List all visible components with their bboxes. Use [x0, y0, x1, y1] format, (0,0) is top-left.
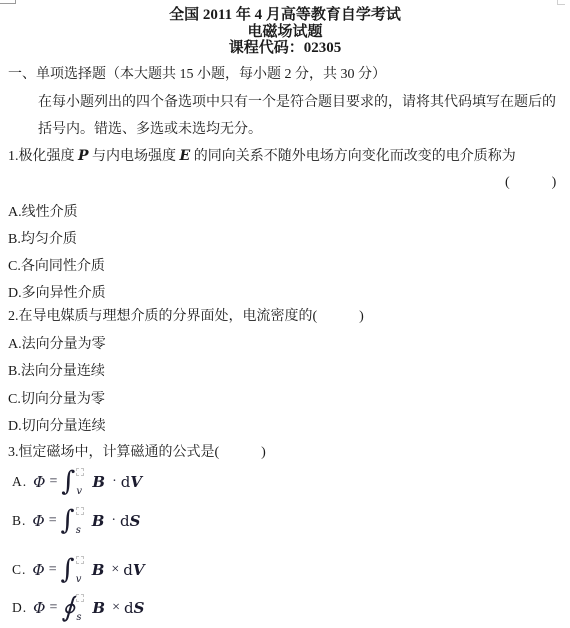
- question-2-stem-text: 2.在导电媒质与理想介质的分界面处，电流密度的: [8, 309, 313, 324]
- integral-expression: ∮ s: [61, 593, 84, 623]
- section-instructions-line1: 在每小题列出的四个备选项中只有一个是符合题目要求的，请将其代码填写在题后的: [38, 94, 556, 112]
- option-label: B.: [12, 513, 26, 529]
- question-3-stem: 3.恒定磁场中，计算磁通的公式是( ): [8, 444, 266, 462]
- missing-image-placeholder-icon: [76, 507, 84, 515]
- vector-symbol-B: B: [92, 512, 105, 530]
- question-1-answer-blank: ( ): [505, 174, 556, 192]
- question-2-option-d: D.切向分量连续: [8, 418, 106, 436]
- vector-symbol-P: P: [78, 148, 89, 164]
- equals-sign: =: [49, 513, 57, 529]
- question-1-stem: 1.极化强度 P 与内电场强度 E 的同向关系不随外电场方向变化而改变的电介质称…: [8, 147, 516, 166]
- differential-variable: S: [130, 512, 141, 530]
- differential-variable: S: [134, 599, 145, 617]
- integral-subscript: v: [76, 575, 82, 585]
- option-label: A.: [12, 474, 27, 490]
- integral-limits: s: [76, 507, 84, 536]
- differential-d: d: [121, 473, 131, 491]
- flux-symbol: Φ: [32, 561, 44, 579]
- question-1-option-a: A.线性介质: [8, 204, 78, 222]
- equals-sign: =: [49, 474, 57, 490]
- equals-sign: =: [49, 600, 57, 616]
- differential-variable: V: [130, 473, 142, 491]
- integral-expression: ∫ s: [61, 506, 84, 536]
- vector-symbol-E: E: [180, 148, 191, 164]
- question-2-stem: 2.在导电媒质与理想介质的分界面处，电流密度的( ): [8, 308, 364, 326]
- course-code: 课程代码：02305: [0, 39, 570, 57]
- question-1-stem-text: 的同向关系不随外电场方向变化而改变的电介质称为: [190, 149, 516, 164]
- integral-limits: v: [76, 556, 84, 585]
- cross-operator: ×: [111, 562, 119, 578]
- question-1-stem-text: 与内电场强度: [89, 149, 180, 164]
- question-3-stem-text: 3.恒定磁场中，计算磁通的公式是: [8, 445, 215, 460]
- differential-d: d: [123, 561, 133, 579]
- integral-subscript: v: [76, 487, 82, 497]
- question-3-option-d-formula: D. Φ = ∮ s B × d S: [12, 592, 144, 624]
- option-label: C.: [12, 562, 26, 578]
- question-2-option-b: B.法向分量连续: [8, 363, 105, 381]
- vector-symbol-B: B: [92, 473, 105, 491]
- flux-symbol: Φ: [32, 512, 44, 530]
- missing-image-placeholder-icon: [76, 594, 84, 602]
- integral-subscript: s: [76, 526, 81, 536]
- clipped-frame-corner-right: [557, 0, 565, 5]
- dot-operator: ·: [112, 474, 117, 490]
- equals-sign: =: [49, 562, 57, 578]
- question-2-option-a: A.法向分量为零: [8, 336, 106, 354]
- question-3-answer-blank: ( ): [215, 445, 266, 460]
- dot-operator: ·: [111, 513, 116, 529]
- integral-expression: ∫ v: [61, 555, 84, 585]
- vector-symbol-B: B: [92, 599, 105, 617]
- integral-sign: ∫: [61, 555, 75, 585]
- question-1-stem-text: 1.极化强度: [8, 149, 78, 164]
- integral-limits: v: [76, 468, 84, 497]
- cross-operator: ×: [112, 600, 120, 616]
- integral-sign: ∫: [61, 506, 75, 536]
- question-3-option-c-formula: C. Φ = ∫ v B × d V: [12, 554, 145, 586]
- clipped-frame-corner-left: [0, 0, 16, 4]
- exam-title: 全国 2011 年 4 月高等教育自学考试: [0, 6, 570, 24]
- section-heading: 一、单项选择题（本大题共 15 小题，每小题 2 分，共 30 分）: [8, 66, 386, 84]
- integral-sign: ∫: [61, 467, 75, 497]
- question-1-option-b: B.均匀介质: [8, 231, 77, 249]
- question-2-option-c: C.切向分量为零: [8, 391, 105, 409]
- question-3-option-a-formula: A. Φ = ∫ v B · d V: [12, 466, 142, 498]
- exam-paper-page: 全国 2011 年 4 月高等教育自学考试 电磁场试题 课程代码：02305 一…: [0, 0, 570, 628]
- missing-image-placeholder-icon: [76, 468, 84, 476]
- missing-image-placeholder-icon: [76, 556, 84, 564]
- differential-d: d: [124, 599, 134, 617]
- flux-symbol: Φ: [33, 473, 45, 491]
- option-label: D.: [12, 600, 27, 616]
- section-instructions-line2: 括号内。错选、多选或未选均无分。: [38, 121, 262, 139]
- integral-expression: ∫ v: [61, 467, 84, 497]
- differential-d: d: [120, 512, 130, 530]
- question-2-answer-blank: ( ): [313, 309, 364, 324]
- vector-symbol-B: B: [92, 561, 105, 579]
- differential-variable: V: [133, 561, 145, 579]
- question-1-option-d: D.多向异性介质: [8, 285, 106, 303]
- question-1-option-c: C.各向同性介质: [8, 258, 105, 276]
- flux-symbol: Φ: [33, 599, 45, 617]
- integral-limits: s: [76, 594, 84, 623]
- contour-integral-sign: ∮: [61, 593, 75, 623]
- integral-subscript: s: [76, 613, 81, 623]
- question-3-option-b-formula: B. Φ = ∫ s B · d S: [12, 505, 141, 537]
